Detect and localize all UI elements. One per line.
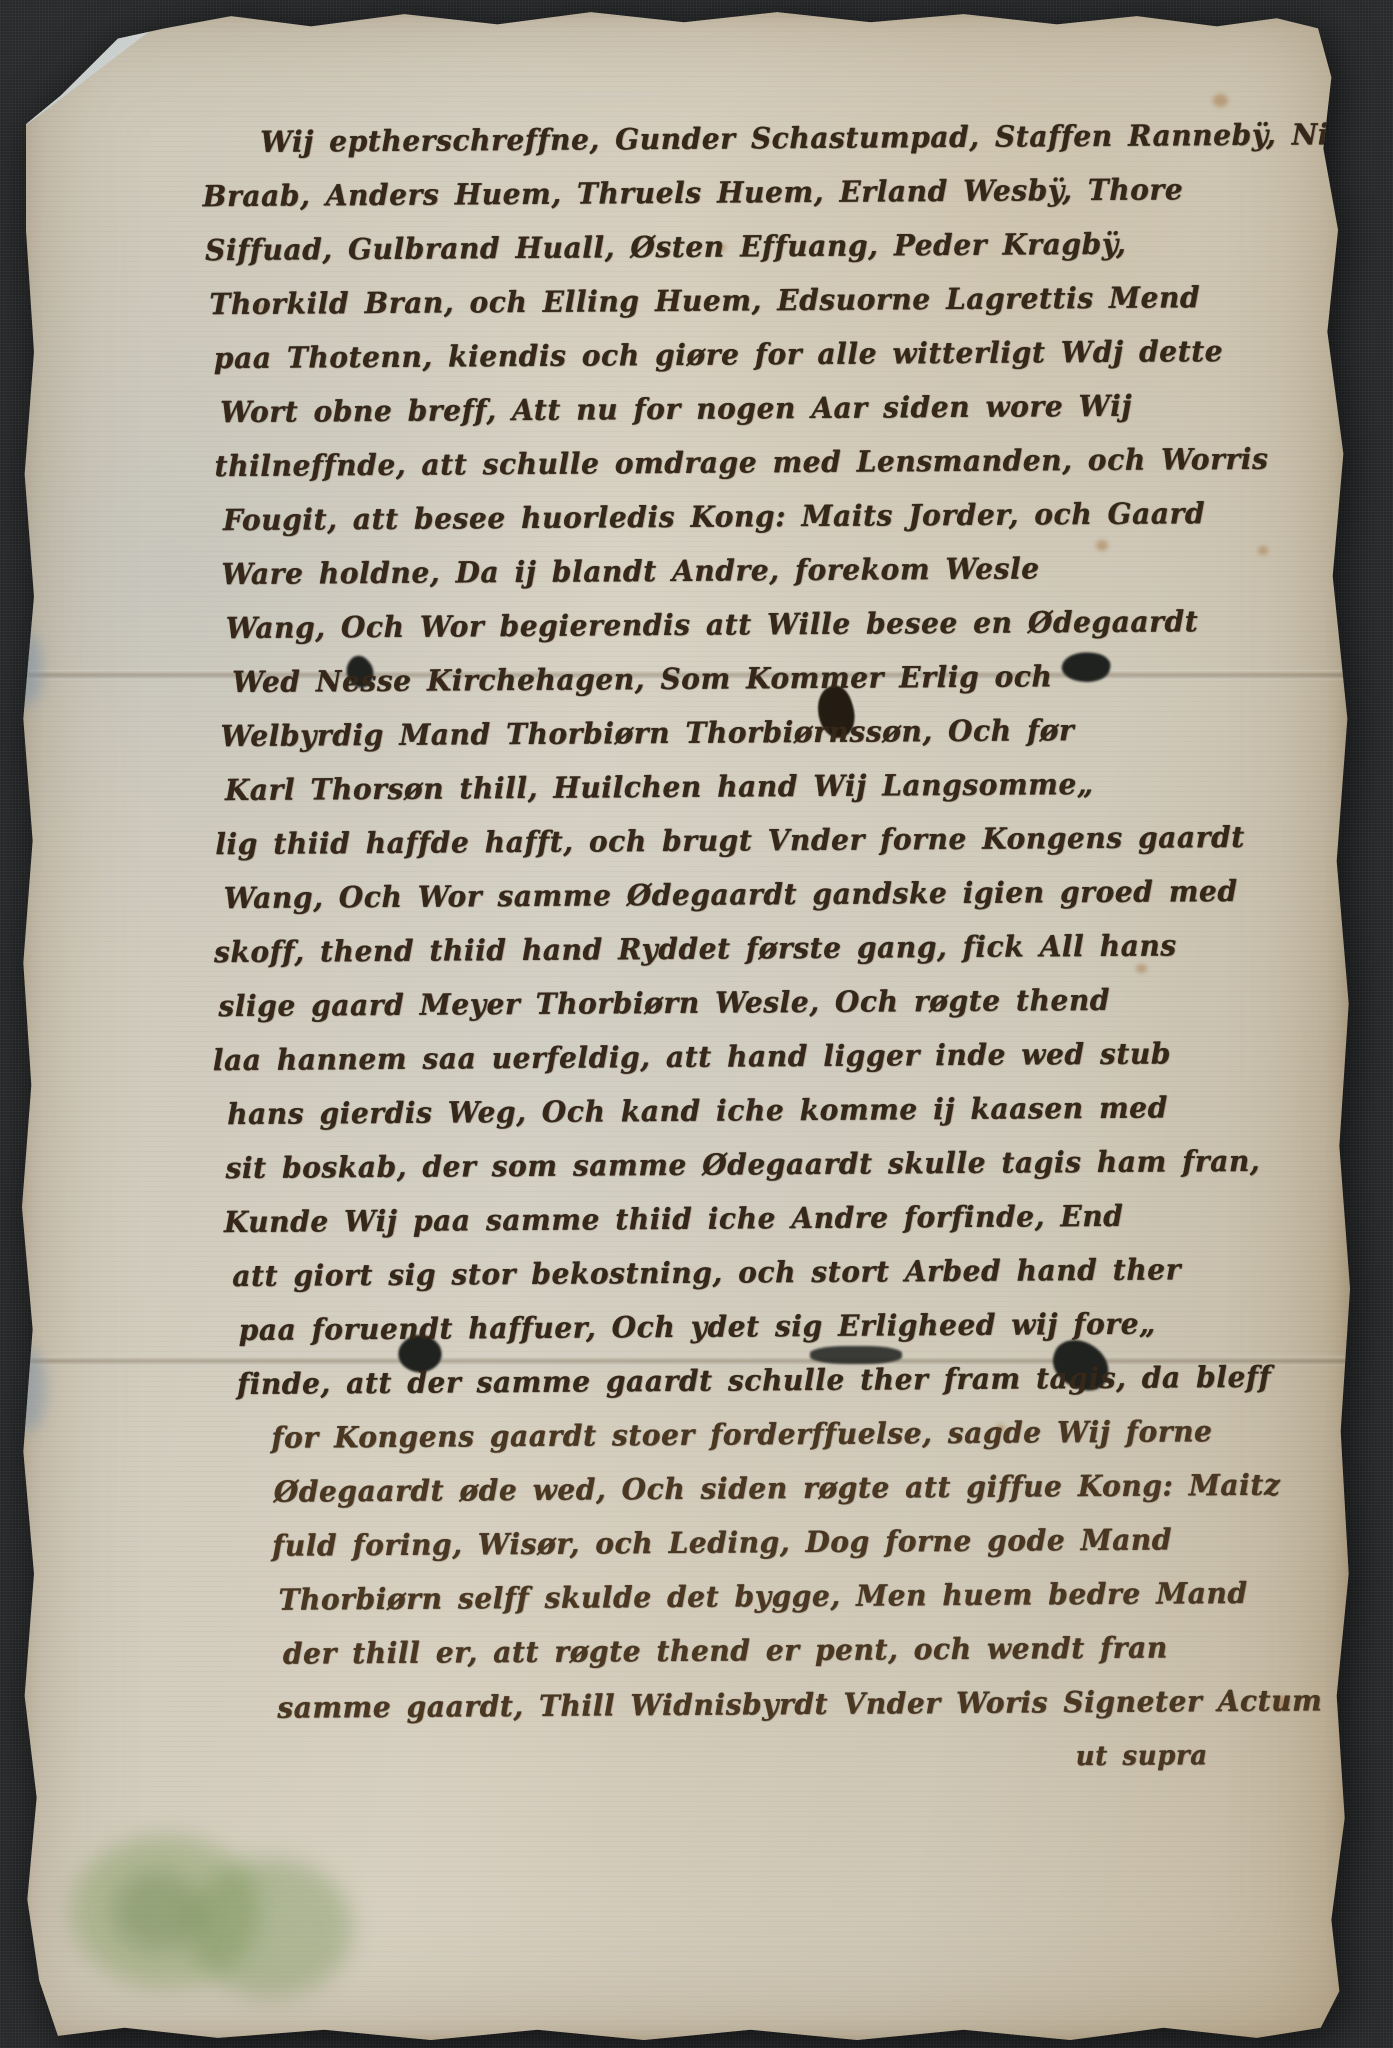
photo-background: Wij eptherschreffne, Gunder Schastumpad,… <box>0 0 1393 2048</box>
foxing-spot <box>1213 94 1228 107</box>
text-line: paa foruendt haffuer, Och ydet sig Erlig… <box>238 1295 1310 1359</box>
handwritten-text-block: Wij eptherschreffne, Gunder Schastumpad,… <box>202 108 1314 1790</box>
text-line: samme gaardt, Thill Widnisbyrdt Vnder Wo… <box>277 1673 1313 1736</box>
closing-ut-supra: ut supra <box>1075 1727 1313 1785</box>
text-line: finde, att der samme gaardt schulle ther… <box>237 1349 1311 1413</box>
text-line: Ødegaardt øde wed, Och siden røgte att g… <box>274 1457 1312 1520</box>
text-line: fuld foring, Wisør, och Leding, Dog forn… <box>272 1511 1312 1574</box>
edge-smudge <box>12 1348 46 1432</box>
text-line: Wij eptherschreffne, Gunder Schastumpad,… <box>260 107 1302 170</box>
green-stain <box>188 1858 353 1998</box>
manuscript-page: Wij eptherschreffne, Gunder Schastumpad,… <box>18 6 1350 2042</box>
edge-smudge <box>12 632 42 706</box>
paper-shadow-layer: Wij eptherschreffne, Gunder Schastumpad,… <box>0 0 1393 2048</box>
text-line: Thorbiørn selff skulde det bygge, Men hu… <box>278 1565 1312 1628</box>
text-line: for Kongens gaardt stoer forderffuelse, … <box>271 1403 1311 1466</box>
green-stain <box>113 1871 203 1951</box>
text-line: der thill er, att røgte thend er pent, o… <box>283 1619 1313 1682</box>
text-line: Wed Nesse Kirchehagen, Som Kommer Erlig … <box>232 647 1306 711</box>
folded-corner <box>20 14 172 130</box>
